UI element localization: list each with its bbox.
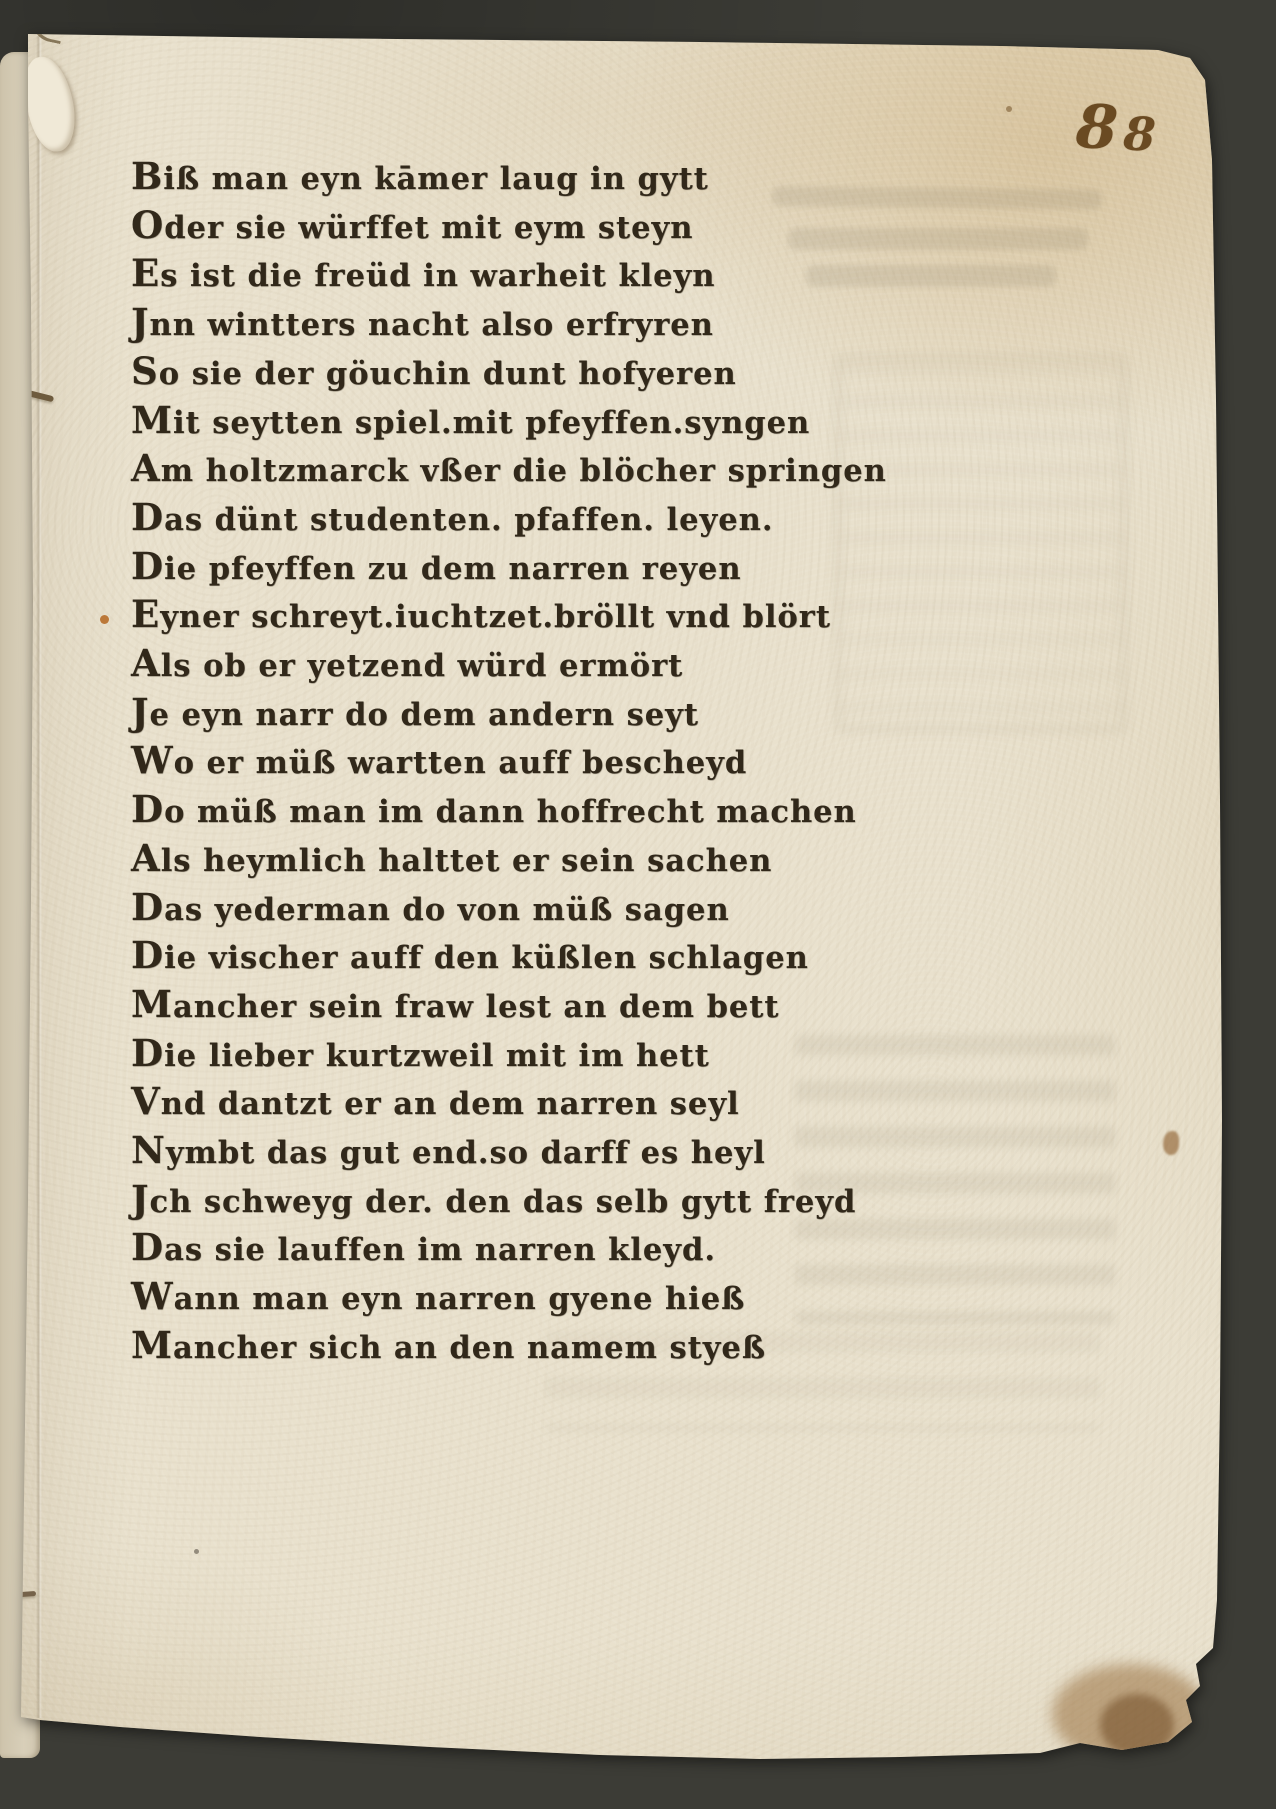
verse-line: Do müß man im dann hoffrecht machen [131,787,951,836]
verse-line: Je eyn narr do dem andern seyt [131,690,951,739]
folio-number: 88 [1074,92,1163,166]
verse-line: Biß man eyn kāmer laug in gytt [131,154,951,203]
verse-line: Oder sie würffet mit eym steyn [131,203,951,252]
verse-line: Wann man eyn narren gyene hieß [131,1274,951,1323]
verse-line: Mancher sein fraw lest an dem bett [131,982,951,1031]
verse-line: Das yederman do von müß sagen [131,885,951,934]
stain [1100,1694,1174,1756]
scan-background: 88 Biß man eyn kāmer laug in gyttOder si… [0,0,1276,1809]
verse-line: Vnd dantzt er an dem narren seyl [131,1079,951,1128]
verse-line: Die vischer auff den küßlen schlagen [131,933,951,982]
paper-sheet: 88 Biß man eyn kāmer laug in gyttOder si… [0,0,1276,1809]
verse-line: Die lieber kurtzweil mit im hett [131,1031,951,1080]
gutter-crease [36,36,42,1718]
verse-line: Als heymlich halttet er sein sachen [131,836,951,885]
verse-line: Die pfeyffen zu dem narren reyen [131,544,951,593]
verse-line: Das sie lauffen im narren kleyd. [131,1225,951,1274]
book-page: 88 Biß man eyn kāmer laug in gyttOder si… [0,0,1276,1809]
verse-text-block: Biß man eyn kāmer laug in gyttOder sie w… [131,154,951,1372]
stain-fleck [1006,106,1012,112]
verse-line: Als ob er yetzend würd ermört [131,641,951,690]
verse-line: Es ist die freüd in warheit kleyn [131,251,951,300]
verse-line: Eyner schreyt.iuchtzet.bröllt vnd blört [131,592,951,641]
stain-fleck [194,1549,199,1554]
stain-fleck [1163,1131,1179,1155]
verse-line: Das dünt studenten. pfaffen. leyen. [131,495,951,544]
verse-line: Mancher sich an den namem styeß [131,1323,951,1372]
stain-fleck [100,615,109,624]
verse-line: So sie der göuchin dunt hofyeren [131,349,951,398]
verse-line: Am holtzmarck vßer die blöcher springen [131,446,951,495]
verse-line: Jch schweyg der. den das selb gytt freyd [131,1177,951,1226]
verse-line: Jnn wintters nacht also erfryren [131,300,951,349]
verse-line: Mit seytten spiel.mit pfeyffen.syngen [131,398,951,447]
verse-line: Wo er müß wartten auff bescheyd [131,738,951,787]
stain-fleck [1240,320,1250,334]
verse-line: Nymbt das gut end.so darff es heyl [131,1128,951,1177]
